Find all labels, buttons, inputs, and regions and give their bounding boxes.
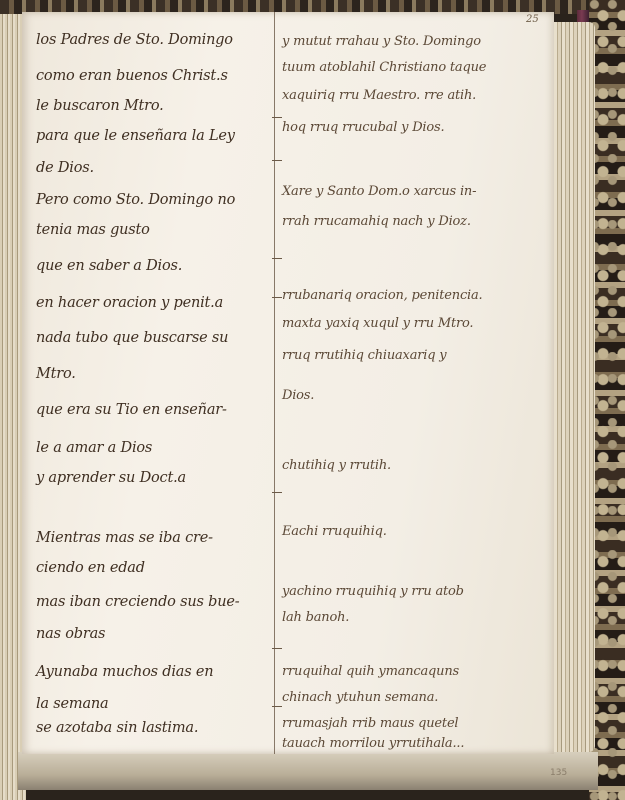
- divider-bracket: [272, 160, 282, 161]
- text-line: rrumasjah rrib maus quetel: [282, 716, 458, 731]
- text-line: Mientras mas se iba cre-: [36, 530, 213, 546]
- text-line: Dios.: [282, 388, 314, 403]
- divider-bracket: [272, 648, 282, 649]
- text-line: rrah rrucamahiq nach y Dioz.: [282, 214, 471, 229]
- text-line: Ayunaba muchos dias en: [36, 664, 213, 680]
- text-line: que era su Tio en enseñar-: [36, 402, 227, 418]
- text-line: chinach ytuhun semana.: [282, 690, 438, 705]
- text-line: Eachi rruquihiq.: [282, 524, 387, 539]
- text-line: tauach morrilou yrrutihala...: [282, 736, 464, 751]
- text-line: xaquiriq rru Maestro. rre atih.: [282, 88, 476, 103]
- divider-bracket: [272, 117, 282, 118]
- text-line: que en saber a Dios.: [36, 258, 182, 274]
- text-line: de Dios.: [36, 160, 94, 176]
- text-line: le a amar a Dios: [36, 440, 152, 456]
- text-line: rrubanariq oracion, penitencia.: [282, 288, 482, 303]
- divider-bracket: [272, 492, 282, 493]
- text-line: rruq rrutihiq chiuaxariq y: [282, 348, 446, 363]
- text-line: Mtro.: [36, 366, 76, 382]
- text-line: le buscaron Mtro.: [36, 98, 164, 114]
- text-line: nas obras: [36, 626, 105, 642]
- text-line: como eran buenos Christ.s: [36, 68, 228, 84]
- text-line: yachino rruquihiq y rru atob: [282, 584, 464, 599]
- text-line: mas iban creciendo sus bue-: [36, 594, 239, 610]
- manuscript-page: los Padres de Sto. Domingo como eran bue…: [22, 12, 554, 754]
- text-line: lah banoh.: [282, 610, 349, 625]
- text-line: ciendo en edad: [36, 560, 145, 576]
- text-line: y aprender su Doct.a: [36, 470, 186, 486]
- text-line: se azotaba sin lastima.: [36, 720, 198, 736]
- divider-bracket: [272, 706, 282, 707]
- text-line: rruquihal quih ymancaquns: [282, 664, 459, 679]
- text-line: hoq rruq rrucubal y Dios.: [282, 120, 444, 135]
- text-line: tenia mas gusto: [36, 222, 150, 238]
- text-line: la semana: [36, 696, 109, 712]
- text-line: para que le enseñara la Ley: [36, 128, 235, 144]
- column-divider: [274, 12, 275, 754]
- text-line: maxta yaxiq xuqul y rru Mtro.: [282, 316, 473, 331]
- text-line: tuum atoblahil Christiano taque: [282, 60, 486, 75]
- text-line: en hacer oracion y penit.a: [36, 295, 223, 311]
- divider-bracket: [272, 258, 282, 259]
- text-line: Xare y Santo Dom.o xarcus in-: [282, 184, 476, 199]
- text-line: nada tubo que buscarse su: [36, 330, 228, 346]
- text-line: los Padres de Sto. Domingo: [36, 32, 233, 48]
- text-line: Pero como Sto. Domingo no: [36, 192, 235, 208]
- divider-bracket: [272, 297, 282, 298]
- text-line: chutihiq y rrutih.: [282, 458, 391, 473]
- page-edges-bottom: [18, 752, 598, 790]
- folio-number: 25: [526, 14, 539, 25]
- footer-mark: 135: [550, 768, 567, 778]
- text-line: y mutut rrahau y Sto. Domingo: [282, 34, 481, 49]
